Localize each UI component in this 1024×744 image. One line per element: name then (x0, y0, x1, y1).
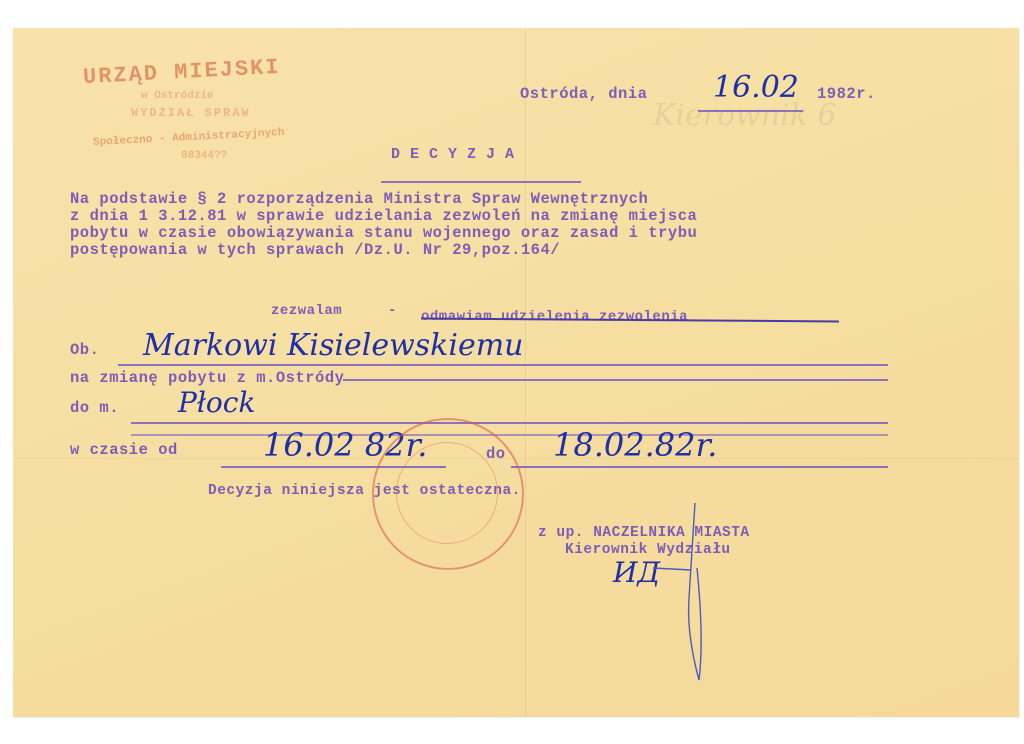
stamp-city: w Ostródzie (141, 90, 214, 102)
decision-separator: - (388, 303, 397, 320)
legal-basis-line-4: postępowania w tych sprawach /Dz.U. Nr 2… (70, 242, 560, 259)
destination-underline-2 (131, 434, 888, 436)
handwritten-date: 16.02 (713, 70, 799, 105)
destination-underline (131, 422, 888, 424)
year-suffix: 1982r. (817, 86, 876, 103)
stamp-number: 08344?? (181, 150, 227, 162)
change-of-residence-text: na zmianę pobytu z m.Ostródy (70, 370, 344, 387)
period-to-underline (511, 466, 888, 468)
document-paper: Kierownik 6 URZĄD MIEJSKI w Ostródzie WY… (13, 28, 1019, 717)
destination-label: do m. (70, 400, 119, 417)
legal-basis-line-1: Na podstawie § 2 rozporządzenia Ministra… (70, 191, 648, 208)
citizen-label: Ob. (70, 342, 99, 359)
handwritten-destination: Płock (178, 386, 255, 419)
stamp-department-sub: Społeczno - Administracyjnych (93, 127, 285, 149)
title-underline (381, 181, 581, 183)
period-from-label: w czasie od (70, 442, 178, 459)
stamp-department: WYDZIAŁ SPRAW (131, 106, 251, 120)
legal-basis-line-3: pobytu w czasie obowiązywania stanu woje… (70, 225, 697, 242)
round-official-seal (372, 418, 524, 570)
citizen-underline (118, 364, 888, 366)
handwritten-period-to: 18.02.82r. (553, 426, 717, 464)
stamp-office-name: URZĄD MIEJSKI (82, 55, 281, 90)
legal-basis-line-2: z dnia 1 3.12.81 w sprawie udzielania ze… (70, 208, 697, 225)
place-date-prefix: Ostróda, dnia (520, 86, 647, 103)
decision-granted: zezwalam (271, 303, 342, 320)
paper-fold-vertical (525, 28, 526, 717)
date-underline (698, 110, 803, 112)
signature-flourish (613, 498, 723, 688)
document-title: D E C Y Z J A (391, 146, 515, 163)
residence-underline (343, 379, 888, 381)
handwritten-citizen-name: Markowi Kisielewskiemu (143, 328, 523, 363)
